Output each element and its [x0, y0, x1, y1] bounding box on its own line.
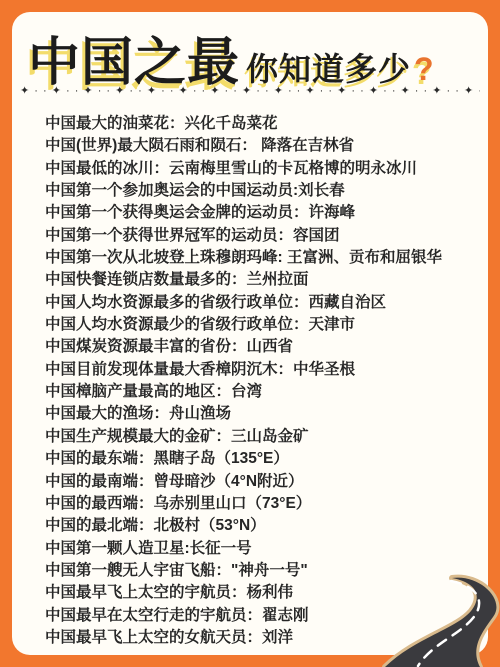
fact-item: 中国生产规模最大的金矿：三山岛金矿	[45, 426, 482, 448]
fact-item: 中国第一个获得世界冠军的运动员：容国团	[45, 225, 482, 247]
fact-item: 中国第一艘无人宇宙飞船："神舟一号"	[45, 560, 482, 582]
question-mark: ?	[414, 51, 434, 88]
fact-item: 中国最早在太空行走的宇航员：翟志刚	[45, 605, 482, 627]
fact-item: 中国的最南端：曾母暗沙（4°N附近）	[45, 471, 482, 493]
fact-item: 中国最低的冰川：云南梅里雪山的卡瓦格博的明永冰川	[45, 158, 482, 180]
fact-item: 中国人均水资源最少的省级行政单位：天津市	[45, 314, 482, 336]
fact-item: 中国目前发现体量最大香樟阴沉木：中华圣根	[45, 359, 482, 381]
fact-item: 中国的最北端：北极村（53°N）	[45, 515, 482, 537]
fact-item: 中国第一次从北坡登上珠穆朗玛峰: 王富洲、贡布和屈银华	[45, 247, 482, 269]
fact-item: 中国最大的油菜花：兴化千岛菜花	[45, 113, 482, 135]
fact-item: 中国的最东端：黑瞎子岛（135°E）	[45, 448, 482, 470]
diamond-divider: ✦ · · ✦ · · ✦ · · ✦ · · ✦ · · ✦ · · ✦ · …	[20, 84, 480, 98]
fact-item: 中国最早飞上太空的女航天员：刘洋	[45, 627, 482, 649]
fact-item: 中国人均水资源最多的省级行政单位：西藏自治区	[45, 292, 482, 314]
fact-item: 中国(世界)最大陨石雨和陨石： 降落在吉林省	[45, 135, 482, 157]
fact-item: 中国最早飞上太空的宇航员：杨利伟	[45, 582, 482, 604]
fact-item: 中国最大的渔场：舟山渔场	[45, 403, 482, 425]
facts-list: 中国最大的油菜花：兴化千岛菜花 中国(世界)最大陨石雨和陨石： 降落在吉林省 中…	[45, 113, 482, 649]
fact-item: 中国第一个参加奥运会的中国运动员:刘长春	[45, 180, 482, 202]
content-card: 中国之最 你知道多少 ? ✦ · · ✦ · · ✦ · · ✦ · · ✦ ·…	[12, 12, 488, 655]
fact-item: 中国第一颗人造卫星:长征一号	[45, 538, 482, 560]
fact-item: 中国樟脑产量最高的地区：台湾	[45, 381, 482, 403]
fact-item: 中国第一个获得奥运会金牌的运动员：许海峰	[45, 202, 482, 224]
fact-item: 中国快餐连锁店数量最多的：兰州拉面	[45, 269, 482, 291]
poster: { "header": { "title_main": "中国之最", "tit…	[0, 0, 500, 667]
fact-item: 中国的最西端：乌赤别里山口（73°E）	[45, 493, 482, 515]
fact-item: 中国煤炭资源最丰富的省份：山西省	[45, 336, 482, 358]
